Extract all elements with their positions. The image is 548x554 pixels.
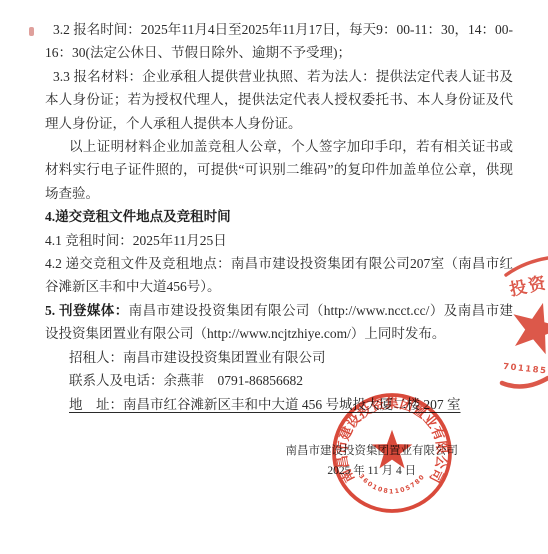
- notice-body: 3.2 报名时间：2025年11月4日至2025年11月17日，每天9：00-1…: [45, 18, 513, 416]
- svg-text:3601081105780: 3601081105780: [357, 473, 427, 495]
- para-lessor: 招租人：南昌市建设投资集团置业有限公司: [45, 346, 513, 369]
- para-bidding-time: 4.1 竞租时间：2025年11月25日: [45, 229, 513, 252]
- company-seal-stamp: 南昌市建设投资集团置业有限公司 3601081105780: [329, 390, 455, 516]
- edge-seal-visible-digits: 701185: [503, 362, 548, 377]
- seal-star-icon: [372, 430, 413, 469]
- edge-seal-star-icon: [513, 303, 548, 354]
- para-submission-place: 4.2 递交竞租文件及竞租地点：南昌市建设投资集团有限公司207室（南昌市红谷滩…: [45, 252, 513, 299]
- seal-serial-number: 3601081105780: [357, 473, 427, 495]
- para-contact: 联系人及电话：余燕菲 0791-86856682: [45, 369, 513, 392]
- partial-edge-seal-stamp: 投资 701185: [498, 245, 548, 405]
- scan-ink-speck: [29, 27, 34, 36]
- para-registration-materials: 3.3 报名材料：企业承租人提供营业执照、若为法人：提供法定代表人证书及本人身份…: [45, 65, 513, 135]
- heading-submission-section: 4.递交竞租文件地点及竞租时间: [45, 205, 513, 228]
- para-publishing-media: 5. 刊登媒体：南昌市建设投资集团有限公司（http://www.ncct.cc…: [45, 299, 513, 346]
- edge-seal-visible-chars: 投资: [508, 272, 548, 299]
- scanned-notice-page: 3.2 报名时间：2025年11月4日至2025年11月17日，每天9：00-1…: [0, 0, 548, 554]
- edge-seal-top-arc: [506, 258, 548, 275]
- para-seal-requirements: 以上证明材料企业加盖竞租人公章，个人签字加印手印，若有相关证书或材料实行电子证件…: [45, 135, 513, 205]
- para-registration-time: 3.2 报名时间：2025年11月4日至2025年11月17日，每天9：00-1…: [45, 18, 513, 65]
- publishing-media-label: 5. 刊登媒体：: [45, 303, 129, 318]
- edge-seal-bottom-arc: [502, 378, 548, 387]
